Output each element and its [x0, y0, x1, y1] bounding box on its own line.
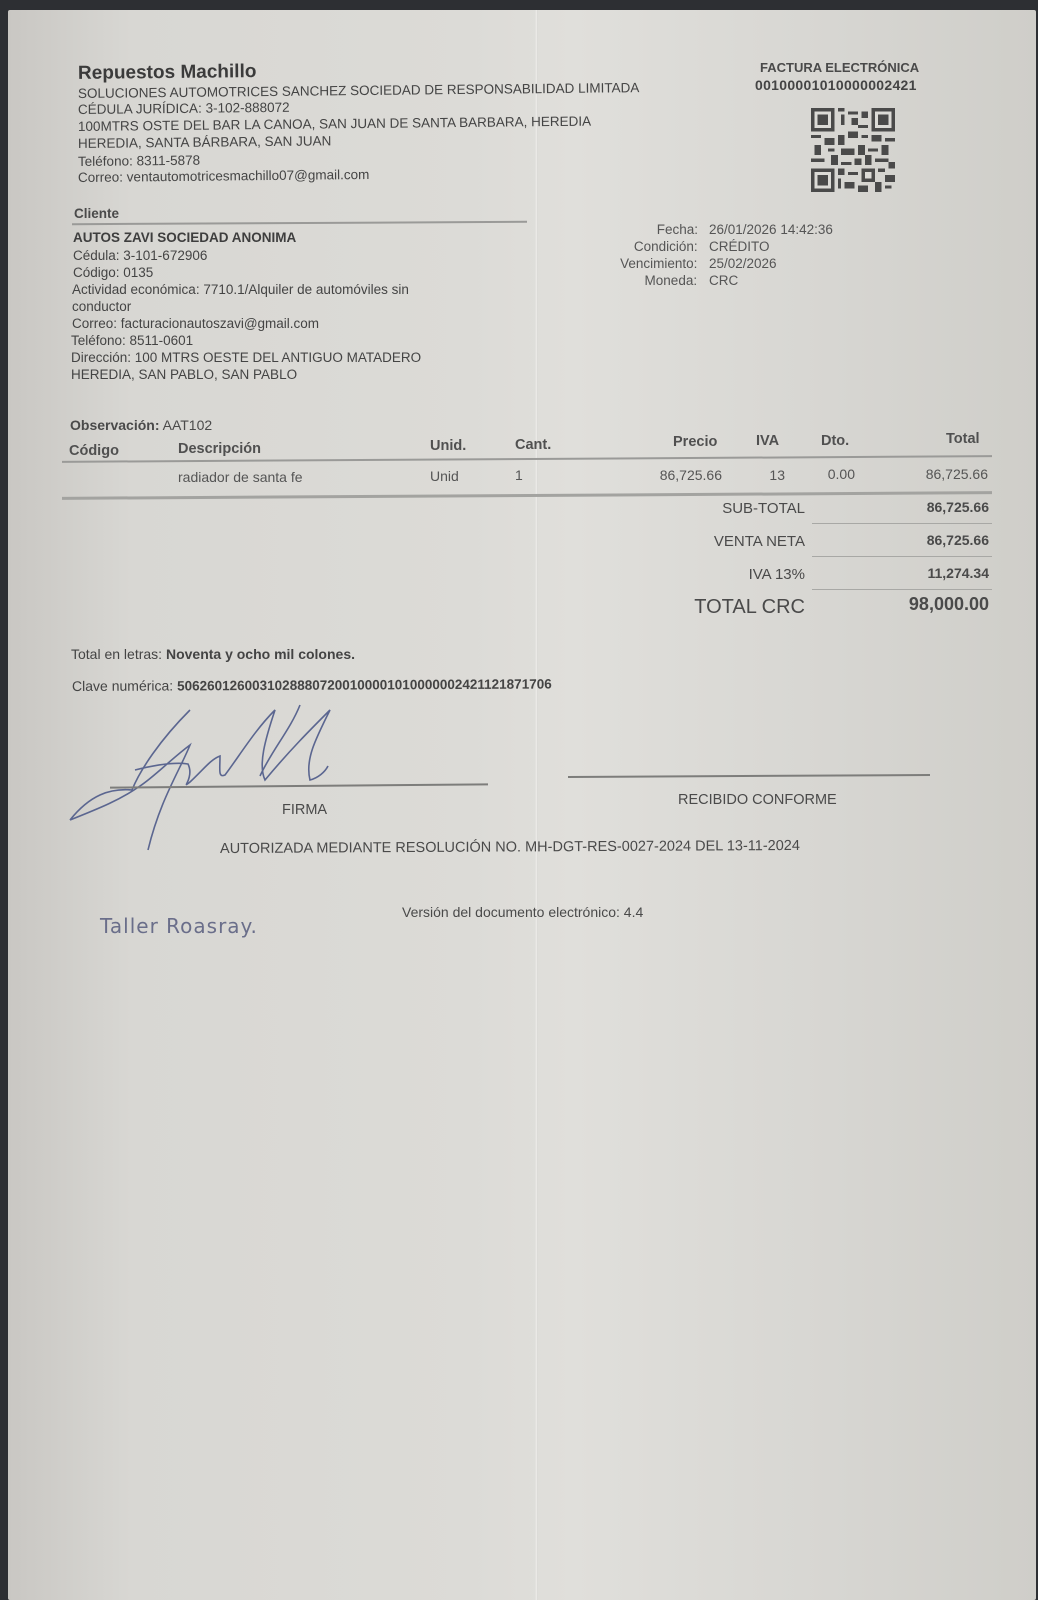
- client-activity: Actividad económica: 7710.1/Alquiler de …: [72, 282, 409, 297]
- issuer-cedula: CÉDULA JURÍDICA: 3-102-888072: [78, 100, 290, 117]
- client-address-1: Dirección: 100 MTRS OESTE DEL ANTIGUO MA…: [71, 350, 421, 365]
- total-value: 86,725.66: [839, 532, 989, 548]
- client-email: Correo: facturacionautoszavi@gmail.com: [72, 316, 319, 331]
- total-label: VENTA NETA: [665, 533, 805, 550]
- total-divider: [812, 523, 992, 524]
- cell-unit: Unid: [430, 468, 459, 484]
- grand-total-label: TOTAL CRC: [665, 596, 805, 619]
- client-cedula: Cédula: 3-101-672906: [73, 248, 207, 263]
- total-in-words-label: Total en letras:: [71, 646, 162, 662]
- document-type: FACTURA ELECTRÓNICA: [760, 60, 919, 75]
- meta-value: CRÉDITO: [709, 239, 770, 254]
- observation-label: Observación:: [70, 417, 159, 433]
- client-code: Código: 0135: [73, 265, 153, 280]
- grand-total-value: 98,000.00: [839, 594, 989, 615]
- col-total: Total: [946, 431, 980, 447]
- cell-desc: radiador de santa fe: [178, 469, 303, 485]
- col-description: Descripción: [178, 441, 261, 457]
- handwritten-note: Taller Roasray.: [100, 914, 258, 938]
- issuer-email: Correo: ventautomotricesmachillo07@gmail…: [78, 167, 369, 185]
- client-activity-cont: conductor: [72, 299, 131, 314]
- total-in-words: Total en letras: Noventa y ocho mil colo…: [71, 646, 355, 662]
- cell-disc: 0.00: [735, 466, 855, 482]
- col-price: Precio: [673, 434, 717, 450]
- meta-value: 25/02/2026: [709, 256, 777, 271]
- authorization-text: AUTORIZADA MEDIANTE RESOLUCIÓN NO. MH-DG…: [220, 838, 800, 857]
- total-divider: [812, 589, 992, 590]
- firma-label: FIRMA: [282, 802, 327, 818]
- meta-label: Condición:: [578, 239, 698, 254]
- client-phone: Teléfono: 8511-0601: [71, 333, 193, 348]
- col-code: Código: [69, 443, 119, 459]
- client-address-2: HEREDIA, SAN PABLO, SAN PABLO: [71, 367, 297, 382]
- col-discount: Dto.: [821, 433, 849, 449]
- qr-code-icon: [808, 108, 898, 192]
- total-label: SUB-TOTAL: [665, 500, 805, 517]
- total-divider: [812, 556, 992, 557]
- document-version: Versión del documento electrónico: 4.4: [402, 904, 643, 920]
- col-qty: Cant.: [515, 437, 551, 453]
- issuer-address-2: HEREDIA, SANTA BÁRBARA, SAN JUAN: [78, 133, 331, 151]
- signature-scribble: [60, 690, 520, 860]
- paper-fold: [535, 10, 538, 1600]
- invoice-number: 00100001010000002421: [755, 77, 917, 93]
- total-in-words-value: Noventa y ocho mil colones.: [166, 646, 355, 662]
- meta-label: Moneda:: [577, 273, 697, 288]
- col-iva: IVA: [756, 433, 779, 449]
- issuer-phone: Teléfono: 8311-5878: [78, 153, 200, 169]
- client-heading: Cliente: [74, 206, 119, 221]
- observation: Observación: AAT102: [70, 417, 212, 433]
- meta-value: 26/01/2026 14:42:36: [709, 222, 833, 237]
- total-label: IVA 13%: [665, 566, 805, 583]
- meta-label: Vencimiento:: [577, 256, 697, 271]
- total-value: 86,725.66: [839, 499, 989, 515]
- observation-value: AAT102: [163, 417, 213, 433]
- cell-qty: 1: [515, 467, 523, 483]
- total-value: 11,274.34: [839, 565, 989, 581]
- client-name: AUTOS ZAVI SOCIEDAD ANONIMA: [73, 230, 296, 245]
- col-unit: Unid.: [430, 438, 466, 454]
- cell-total: 86,725.66: [868, 466, 988, 482]
- meta-label: Fecha:: [578, 222, 698, 237]
- meta-value: CRC: [709, 273, 738, 288]
- recibido-conforme-label: RECIBIDO CONFORME: [678, 792, 837, 808]
- issuer-trade-name: Repuestos Machillo: [78, 61, 257, 85]
